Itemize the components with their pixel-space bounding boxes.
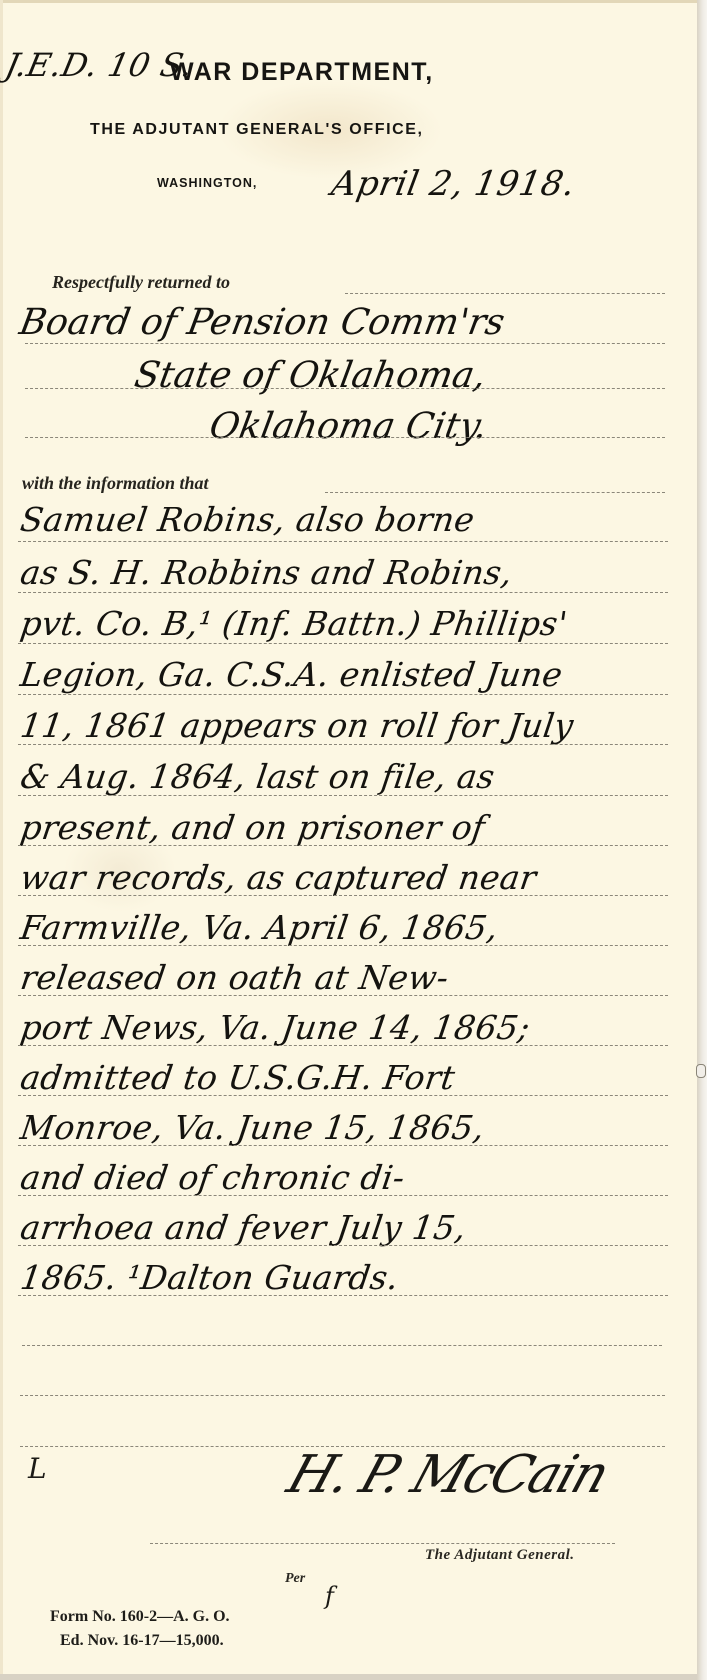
paper-edge-left — [0, 0, 3, 1680]
dotted-rule — [25, 343, 665, 344]
addressee-line-3: Oklahoma City. — [206, 406, 490, 447]
returned-to-label: Respectfully returned to — [52, 272, 230, 293]
dotted-rule — [345, 293, 665, 294]
office-heading: THE ADJUTANT GENERAL'S OFFICE, — [90, 121, 424, 139]
dotted-rule — [18, 1095, 668, 1096]
information-line: as S. H. Robbins and Robins, — [18, 553, 683, 592]
information-line: present, and on prisoner of — [18, 808, 683, 847]
information-label: with the information that — [22, 473, 209, 494]
information-line: Farmville, Va. April 6, 1865, — [18, 908, 683, 947]
information-line: & Aug. 1864, last on file, as — [18, 757, 683, 796]
place-label: WASHINGTON, — [157, 176, 257, 190]
signature-title: The Adjutant General. — [425, 1547, 575, 1564]
adjutant-general-signature: H. P. McCain — [280, 1445, 615, 1505]
blank-dotted-rule — [22, 1345, 662, 1346]
dotted-rule — [18, 592, 668, 593]
dotted-rule — [18, 694, 668, 695]
information-line: Monroe, Va. June 15, 1865, — [18, 1108, 683, 1147]
dotted-rule — [18, 643, 668, 644]
form-edition: Ed. Nov. 16-17—15,000. — [60, 1632, 224, 1650]
dotted-rule — [25, 388, 665, 389]
dotted-rule — [18, 1145, 668, 1146]
dotted-rule — [18, 995, 668, 996]
dotted-rule — [325, 492, 665, 493]
addressee-line-1: Board of Pension Comm'rs — [16, 302, 507, 343]
information-line: war records, as captured near — [18, 858, 683, 897]
information-line: 11, 1861 appears on roll for July — [18, 706, 683, 745]
information-line: Legion, Ga. C.S.A. enlisted June — [18, 655, 683, 694]
blank-dotted-rule — [20, 1395, 665, 1396]
form-number: Form No. 160-2—A. G. O. — [50, 1608, 230, 1626]
signature-rule — [150, 1543, 615, 1544]
dotted-rule — [18, 795, 668, 796]
information-line: admitted to U.S.G.H. Fort — [18, 1058, 683, 1097]
dotted-rule — [18, 845, 668, 846]
information-line: port News, Va. June 14, 1865; — [18, 1008, 683, 1047]
dotted-rule — [18, 541, 668, 542]
scan-edge-right — [697, 0, 707, 1680]
dotted-rule — [18, 744, 668, 745]
date-handwritten: April 2, 1918. — [328, 164, 578, 204]
dotted-rule — [18, 1295, 668, 1296]
per-initial-mark: f — [325, 1582, 334, 1610]
dotted-rule — [18, 895, 668, 896]
marginal-note: J.E.D. 10 S. — [2, 46, 197, 84]
dotted-rule — [18, 945, 668, 946]
addressee-line-2: State of Oklahoma, — [131, 355, 489, 396]
information-line: pvt. Co. B,¹ (Inf. Battn.) Phillips' — [18, 604, 683, 643]
information-line: and died of chronic di- — [18, 1158, 683, 1197]
information-line: Samuel Robins, also borne — [18, 500, 683, 539]
department-heading: WAR DEPARTMENT, — [170, 58, 434, 87]
scan-edge-bottom — [0, 1674, 697, 1680]
dotted-rule — [25, 437, 665, 438]
paper-edge-top — [0, 0, 697, 3]
information-line: released on oath at New- — [18, 958, 683, 997]
clerk-initial: L — [28, 1452, 47, 1485]
dotted-rule — [18, 1045, 668, 1046]
dotted-rule — [18, 1195, 668, 1196]
per-label: Per — [285, 1571, 305, 1587]
binding-tab-mark — [696, 1064, 706, 1078]
information-line: arrhoea and fever July 15, — [18, 1208, 683, 1247]
dotted-rule — [18, 1245, 668, 1246]
information-line: 1865. ¹Dalton Guards. — [18, 1258, 683, 1297]
